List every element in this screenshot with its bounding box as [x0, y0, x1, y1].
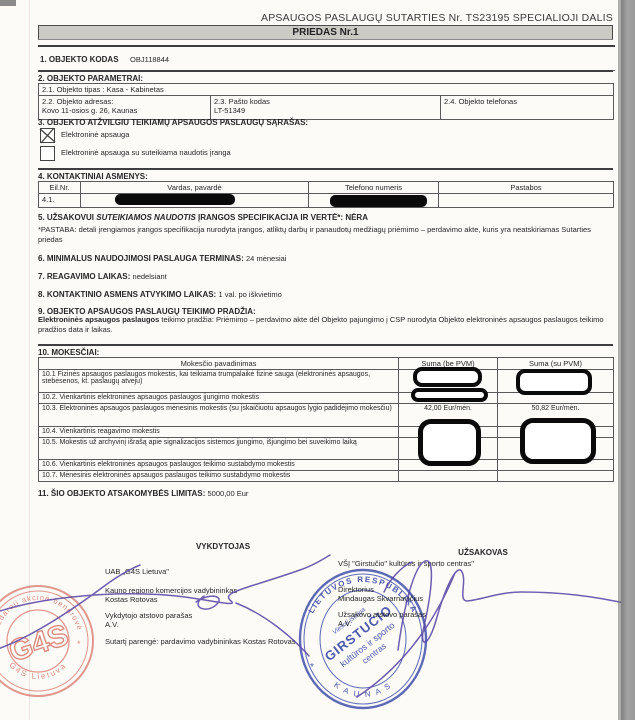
- scan-artifact: [0, 0, 16, 6]
- pradzia-bold: Elektroninės apsaugos paslaugos: [38, 315, 159, 324]
- s8-value: 1 val. po iškvietimo: [218, 290, 281, 299]
- redaction-fee: [413, 367, 482, 387]
- g4s-stamp: Uždaroji akcinė bendrovė G4S Lietuva * *…: [0, 577, 116, 707]
- checkbox-unchecked: [40, 146, 55, 161]
- fee-su: [498, 471, 614, 482]
- section-sarasas-header: 3. OBJEKTO ATŽVILGIU TEIKIAMŲ APSAUGOS P…: [38, 116, 613, 127]
- section-limitas: 11. ŠIO OBJEKTO ATSAKOMYBĖS LIMITAS: 500…: [38, 487, 613, 498]
- fee-row-label: 10.5. Mokestis už archyvinį išrašą apie …: [39, 438, 399, 460]
- s5-italic: SUTEIKIAMOS NAUDOTIS: [96, 213, 196, 222]
- scanned-contract-page: APSAUGOS PASLAUGŲ SUTARTIES Nr. TS23195 …: [0, 0, 635, 720]
- kontaktai-table-wrap: Eil.Nr. Vardas, pavardė Telefono numeris…: [38, 181, 614, 208]
- redaction-fee: [418, 419, 481, 466]
- section-objekto-kodas: 1. OBJEKTO KODAS OBJ118844: [38, 45, 615, 71]
- s7-value: nedelsiant: [133, 272, 167, 281]
- col-pastabos: Pastabos: [439, 182, 614, 194]
- s11-value: 5000,00 Eur: [208, 489, 249, 498]
- girstutis-stamp-city-text: K A U N A S: [332, 680, 394, 699]
- fee-row-label: 10.3. Elektroninės apsaugos paslaugos mė…: [39, 404, 399, 427]
- option-su-iranga: Elektroninė apsauga su suteikiama naudot…: [40, 146, 615, 160]
- redaction-fee: [411, 388, 488, 402]
- girstutis-stamp-star: *: [310, 662, 314, 673]
- option-label: Elektroninė apsauga: [61, 130, 129, 139]
- checkbox-checked: [40, 128, 55, 143]
- fee-row-label: 10.6. Vienkartinis elektroninės apsaugos…: [39, 460, 399, 471]
- section-atvykimas: 8. KONTAKTINIO ASMENS ATVYKIMO LAIKAS: 1…: [38, 288, 613, 299]
- s5-prefix: 5. UŽSAKOVUI: [38, 213, 96, 222]
- section-parametrai-header: 2. OBJEKTO PARAMETRAI:: [38, 70, 613, 83]
- g4s-stamp-star: *: [77, 639, 81, 649]
- adresas-label: 2.2. Objekto adresas:: [42, 97, 207, 106]
- scan-edge: [621, 0, 635, 720]
- pasto-label: 2.3. Pašto kodas: [214, 97, 437, 106]
- priedas-bar: PRIEDAS Nr.1: [38, 25, 613, 40]
- s11-label: 11. ŠIO OBJEKTO ATSAKOMYBĖS LIMITAS:: [38, 489, 205, 498]
- pastaba-note: *PASTABA: detali įrengiamos įrangos spec…: [38, 225, 613, 245]
- row-nr-cell: 4.1.: [39, 194, 81, 208]
- fee-be: [399, 471, 498, 482]
- s8-label: 8. KONTAKTINIO ASMENS ATVYKIMO LAIKAS:: [38, 290, 216, 299]
- objekto-kodas-label: 1. OBJEKTO KODAS: [40, 55, 119, 64]
- section-kontaktai-header: 4. KONTAKTINIAI ASMENYS:: [38, 168, 613, 181]
- fee-row-label: 10.2. Vienkartinis elektroninės apsaugos…: [39, 393, 399, 404]
- pastabos-cell: [439, 194, 614, 208]
- redaction-name: [115, 194, 235, 205]
- checkbox-x-icon: [39, 127, 56, 144]
- objekto-tipas-cell: 2.1. Objekto tipas : Kasa - Kabinetas: [39, 84, 614, 96]
- s5-value: NĖRA: [345, 213, 368, 222]
- vykdytojas-title: VYKDYTOJAS: [78, 542, 368, 551]
- s6-label: 6. MINIMALUS NAUDOJIMOSI PASLAUGA TERMIN…: [38, 254, 244, 263]
- s7-label: 7. REAGAVIMO LAIKAS:: [38, 272, 130, 281]
- option-elektronine-apsauga: Elektroninė apsauga: [40, 128, 615, 142]
- redaction-phone: [330, 195, 427, 207]
- s6-value: 24 mėnesiai: [246, 254, 286, 263]
- fee-col-su-pvm: Suma (su PVM): [498, 358, 614, 370]
- parametrai-table: 2.1. Objekto tipas : Kasa - Kabinetas 2.…: [38, 83, 614, 120]
- redaction-fee: [516, 369, 592, 395]
- col-vardas: Vardas, pavardė: [81, 182, 309, 194]
- girstutis-stamp: LIETUVOS RESPUBLIKA K A U N A S * Viešoj…: [296, 566, 430, 712]
- fees-table-wrap: Mokesčio pavadinimas Suma (be PVM) Suma …: [38, 357, 614, 482]
- adresas-value: Kovo 11-osios g. 26, Kaunas: [42, 106, 207, 115]
- fee-row-label: 10.1 Fizinės apsaugos paslaugos mokestis…: [39, 370, 399, 393]
- section-iranga-header: 5. UŽSAKOVUI SUTEIKIAMOS NAUDOTIS ĮRANGO…: [38, 211, 613, 222]
- redaction-fee: [520, 418, 596, 464]
- col-eilnr: Eil.Nr.: [39, 182, 81, 194]
- svg-text:K A U N A S: K A U N A S: [332, 680, 394, 699]
- section-reagavimas: 7. REAGAVIMO LAIKAS: nedelsiant: [38, 270, 613, 281]
- objekto-kodas-value: OBJ118844: [130, 55, 169, 64]
- uzsakovas-title: UŽSAKOVAS: [368, 548, 598, 557]
- col-telefonas: Telefono numeris: [309, 182, 439, 194]
- document-title: APSAUGOS PASLAUGŲ SUTARTIES Nr. TS23195 …: [38, 12, 613, 24]
- option-label: Elektroninė apsauga su suteikiama naudot…: [61, 148, 231, 157]
- fee-row-label: 10.4. Vienkartinis reagavimo mokestis: [39, 427, 399, 438]
- fee-col-name: Mokesčio pavadinimas: [39, 358, 399, 370]
- section-terminas: 6. MINIMALUS NAUDOJIMOSI PASLAUGA TERMIN…: [38, 252, 613, 263]
- section-mokesciai-header: 10. MOKESČIAI:: [38, 344, 613, 357]
- pradzia-body: Elektroninės apsaugos paslaugos teikimo …: [38, 315, 613, 335]
- s5-suffix: ĮRANGOS SPECIFIKACIJA IR VERTĖ*:: [196, 213, 343, 222]
- pasto-value: LT-51349: [214, 106, 437, 115]
- fee-row-label: 10.7. Mėnesinis elektroninės apsaugos pa…: [39, 471, 399, 482]
